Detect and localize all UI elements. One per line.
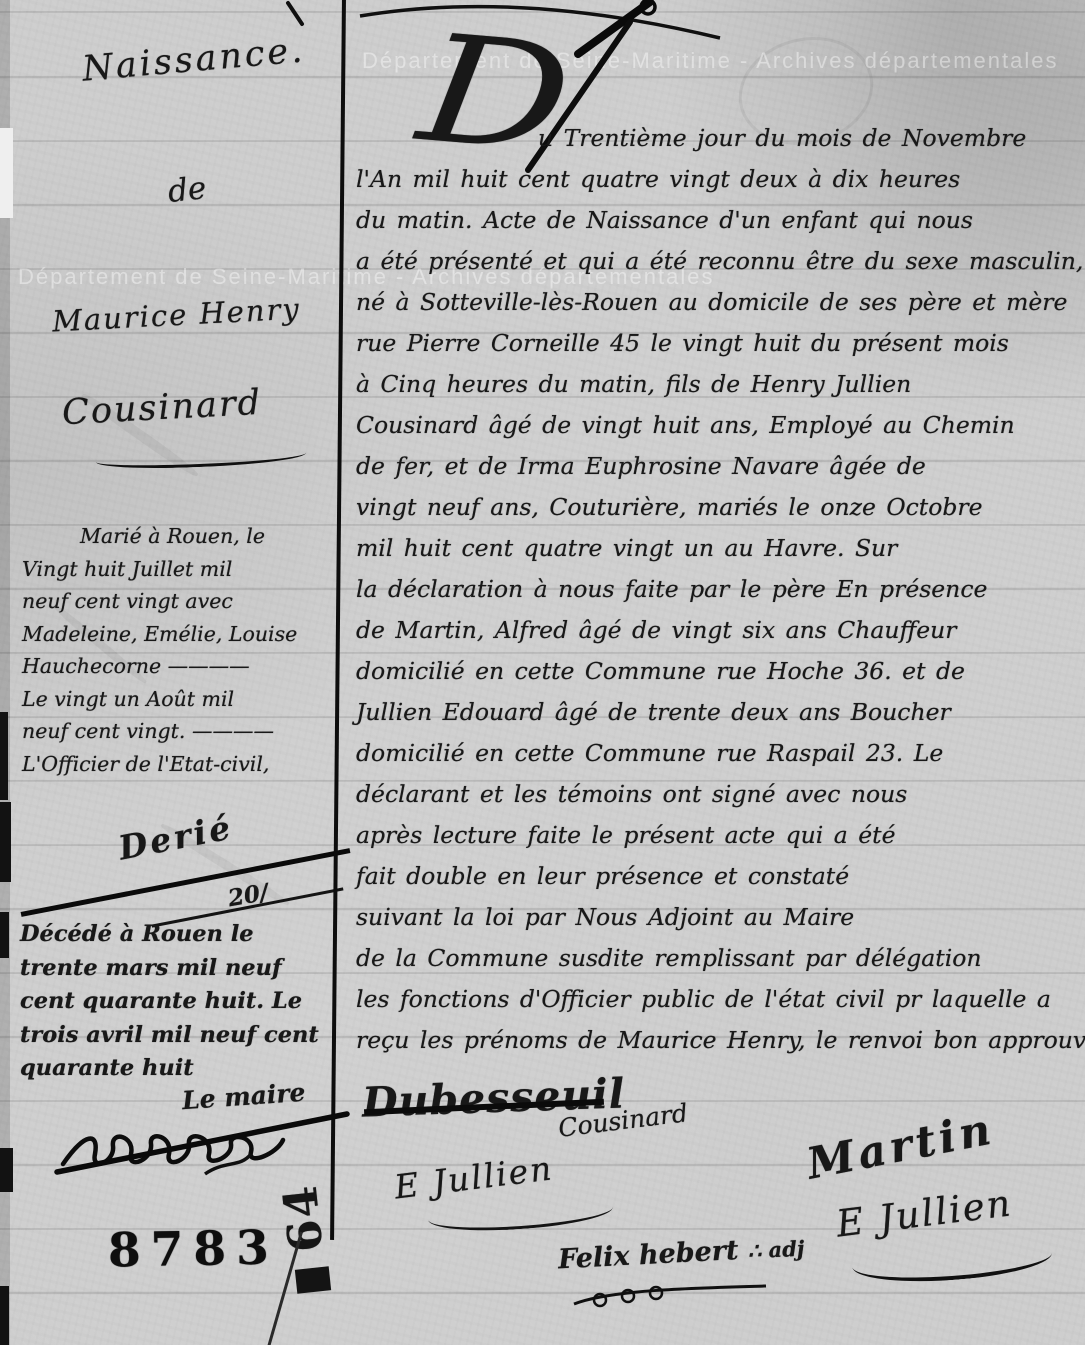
- adjoint-abbreviation: ∴ adj: [747, 1236, 805, 1264]
- margin-note-line: Vingt huit Juillet mil: [22, 553, 344, 586]
- scan-edge-gap: [0, 128, 13, 218]
- felix-hebert-flourish: [570, 1284, 770, 1310]
- scan-edge-mark: [0, 912, 9, 958]
- act-line: a été présenté et qui a été reconnu être…: [356, 241, 1082, 282]
- margin-note-line: trois avril mil neuf cent: [20, 1019, 350, 1053]
- act-line: de fer, et de Irma Euphrosine Navare âgé…: [356, 446, 1082, 487]
- death-margin-note: Décédé à Rouen letrente mars mil neufcen…: [20, 918, 350, 1086]
- act-line: mil huit cent quatre vingt un au Havre. …: [356, 528, 1082, 569]
- margin-note-line: trente mars mil neuf: [20, 952, 350, 986]
- act-line: domicilié en cette Commune rue Hoche 36.…: [356, 651, 1082, 692]
- act-line: la déclaration à nous faite par le père …: [356, 569, 1082, 610]
- mayor-signature-scribble: [55, 1102, 355, 1177]
- act-line: rue Pierre Corneille 45 le vingt huit du…: [356, 323, 1082, 364]
- act-line: les fonctions d'Officier public de l'éta…: [356, 979, 1082, 1020]
- act-line: après lecture faite le présent acte qui …: [356, 815, 1082, 856]
- act-line: u Trentième jour du mois de Novembre: [356, 118, 1082, 159]
- margin-note-line: Hauchecorne ————: [22, 650, 344, 683]
- margin-note-line: Décédé à Rouen le: [20, 918, 350, 952]
- scan-edge-mark: [0, 1286, 9, 1345]
- act-line: l'An mil huit cent quatre vingt deux à d…: [356, 159, 1082, 200]
- ink-blob: [295, 1266, 331, 1293]
- margin-note-line: neuf cent vingt. ————: [22, 715, 344, 748]
- margin-note-line: neuf cent vingt avec: [22, 585, 344, 618]
- act-line: suivant la loi par Nous Adjoint au Maire: [356, 897, 1082, 938]
- margin-note-line: Marié à Rouen, le: [22, 520, 344, 553]
- margin-note-line: Le vingt un Août mil: [22, 683, 344, 716]
- scan-edge-mark: [0, 1148, 13, 1192]
- act-line: à Cinq heures du matin, fils de Henry Ju…: [356, 364, 1082, 405]
- act-line: déclarant et les témoins ont signé avec …: [356, 774, 1082, 815]
- margin-note-line: Madeleine, Emélie, Louise: [22, 618, 344, 651]
- act-line: du matin. Acte de Naissance d'un enfant …: [356, 200, 1082, 241]
- act-line: Jullien Edouard âgé de trente deux ans B…: [356, 692, 1082, 733]
- act-line: de Martin, Alfred âgé de vingt six ans C…: [356, 610, 1082, 651]
- folio-number: 64: [250, 1178, 357, 1258]
- act-body-text: u Trentième jour du mois de Novembrel'An…: [356, 118, 1082, 1061]
- scan-edge-mark: [0, 802, 11, 882]
- act-line: né à Sotteville-lès-Rouen au domicile de…: [356, 282, 1082, 323]
- margin-note-line: L'Officier de l'Etat-civil,: [22, 748, 344, 781]
- act-line: Cousinard âgé de vingt huit ans, Employé…: [356, 405, 1082, 446]
- scan-edge-mark: [0, 712, 8, 800]
- record-connector-label: de: [166, 170, 208, 210]
- scanned-birth-record: Département de Seine-Maritime - Archives…: [0, 0, 1085, 1345]
- act-line: de la Commune susdite remplissant par dé…: [356, 938, 1082, 979]
- act-line: domicilié en cette Commune rue Raspail 2…: [356, 733, 1082, 774]
- act-line: vingt neuf ans, Couturière, mariés le on…: [356, 487, 1082, 528]
- margin-note-line: cent quarante huit. Le: [20, 985, 350, 1019]
- act-line: reçu les prénoms de Maurice Henry, le re…: [356, 1020, 1082, 1061]
- marriage-margin-note: Marié à Rouen, leVingt huit Juillet miln…: [22, 520, 344, 780]
- act-line: fait double en leur présence et constaté: [356, 856, 1082, 897]
